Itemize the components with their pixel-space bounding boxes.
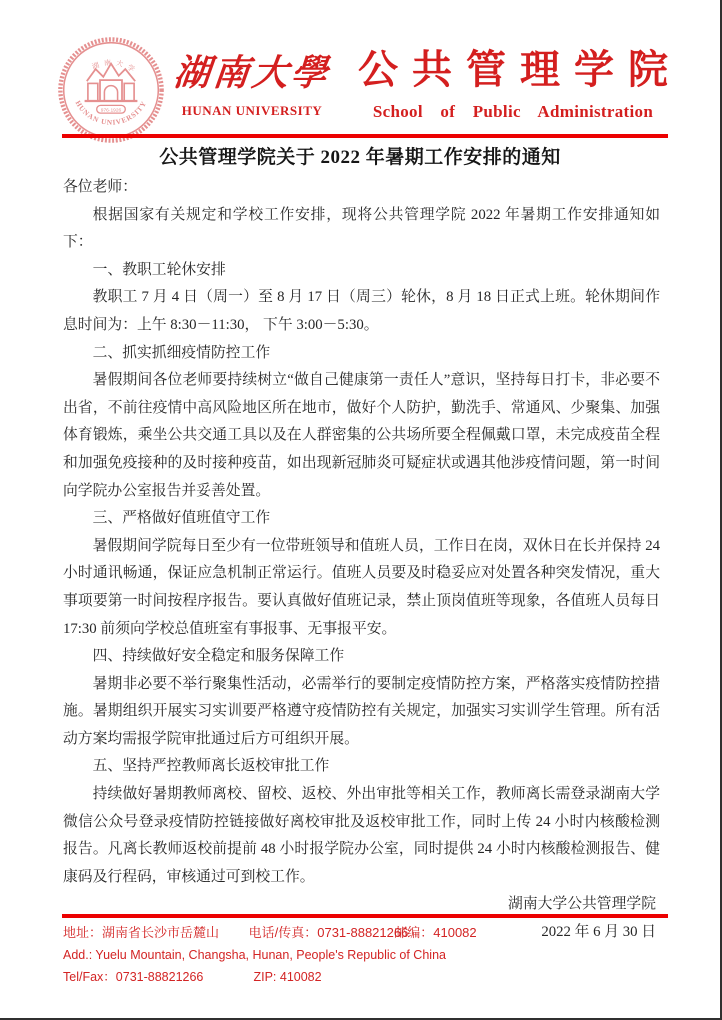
footer-address-en: Add.: Yuelu Mountain, Changsha, Hunan, P… (63, 948, 446, 962)
footer-row-tel-english: Tel/Fax：0731-88821266 ZIP: 410082 (63, 967, 663, 987)
college-wordmark: 公共管理学院 School of Public Administration (358, 44, 668, 122)
seal-top-text: 湖南大学 (91, 58, 140, 76)
section-5-heading: 五、坚持严控教师离长返校审批工作 (63, 753, 660, 781)
document-body: 各位老师： 根据国家有关规定和学校工作安排，现将公共管理学院 2022 年暑期工… (63, 174, 660, 947)
footer-row-chinese: 地址：湖南省长沙市岳麓山 电话/传真：0731-88821266 邮编：4100… (63, 923, 663, 943)
footer-telfax-en: Tel/Fax：0731-88821266 (63, 967, 250, 987)
footer-address-cn: 地址：湖南省长沙市岳麓山 (63, 923, 245, 943)
college-name-english: School of Public Administration (358, 102, 668, 122)
footer-row-address-english: Add.: Yuelu Mountain, Changsha, Hunan, P… (63, 945, 663, 965)
document-title: 公共管理学院关于 2022 年暑期工作安排的通知 (0, 142, 720, 169)
section-1-heading: 一、教职工轮休安排 (63, 257, 660, 285)
section-3-heading: 三、严格做好值班值守工作 (63, 505, 660, 533)
hunan-university-seal-icon: HUNAN UNIVERSITY 湖南大学 976·1926 (56, 35, 166, 145)
svg-text:湖南大学: 湖南大学 (91, 58, 140, 76)
university-name-english: HUNAN UNIVERSITY (173, 103, 331, 119)
salutation: 各位老师： (63, 174, 660, 202)
seal-years-text: 976·1926 (101, 108, 122, 114)
section-2-paragraph: 暑假期间各位老师要持续树立“做自己健康第一责任人”意识，坚持每日打卡，非必要不出… (63, 367, 660, 505)
section-3-paragraph: 暑假期间学院每日至少有一位带班领导和值班人员，工作日在岗，双休日在长并保持 24… (63, 533, 660, 643)
footer-zip-cn: 邮编：410082 (394, 925, 476, 940)
section-4-paragraph: 暑期非必要不举行聚集性活动，必需举行的要制定疫情防控方案，严格落实疫情防控措施。… (63, 671, 660, 754)
footer-zip-en: ZIP: 410082 (253, 970, 321, 984)
intro-paragraph: 根据国家有关规定和学校工作安排，现将公共管理学院 2022 年暑期工作安排通知如… (63, 202, 660, 257)
university-wordmark: 湖南大學 HUNAN UNIVERSITY (173, 50, 331, 119)
header-divider-rule (62, 134, 668, 138)
college-name-chinese: 公共管理学院 (358, 44, 682, 96)
document-page: HUNAN UNIVERSITY 湖南大学 976·1926 湖南大學 HUNA… (0, 0, 722, 1020)
section-4-heading: 四、持续做好安全稳定和服务保障工作 (63, 643, 660, 671)
section-5-paragraph: 持续做好暑期教师离校、留校、返校、外出审批等相关工作，教师离长需登录湖南大学微信… (63, 781, 660, 891)
university-name-calligraphy: 湖南大學 (171, 50, 334, 96)
section-1-paragraph: 教职工 7 月 4 日（周一）至 8 月 17 日（周三）轮休，8 月 18 日… (63, 284, 660, 339)
footer: 地址：湖南省长沙市岳麓山 电话/传真：0731-88821266 邮编：4100… (63, 923, 663, 989)
footer-telfax-cn: 电话/传真：0731-88821266 (249, 923, 391, 943)
section-2-heading: 二、抓实抓细疫情防控工作 (63, 340, 660, 368)
footer-divider-rule (62, 914, 668, 918)
